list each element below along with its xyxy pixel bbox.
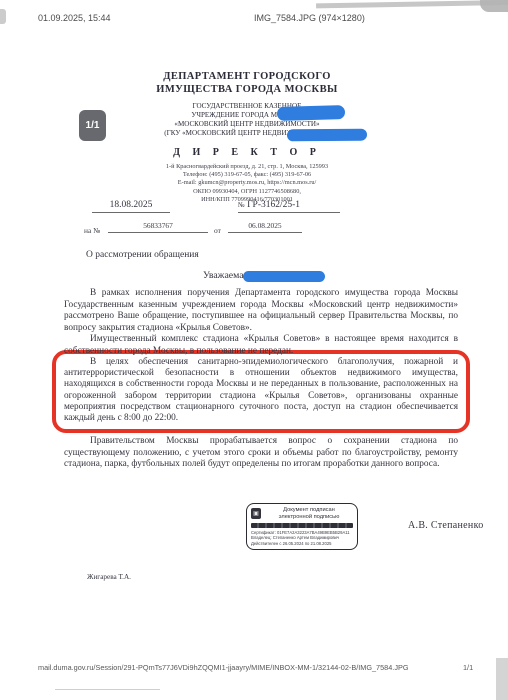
institution-line: УЧРЕЖДЕНИЕ ГОРОДА МОСКВЫ <box>97 111 397 120</box>
image-counter-badge: 1/1 <box>79 110 106 141</box>
letter-body: В рамках исполнения поручения Департамен… <box>64 288 458 471</box>
redaction-mark <box>277 105 345 121</box>
reply-ref-number: 56833767 <box>108 221 208 233</box>
viewer-page-indicator: 1/1 <box>463 663 473 672</box>
highlighted-paragraph: В целях обеспечения санитарно-эпидемиоло… <box>64 357 458 424</box>
department-name-line: ДЕПАРТАМЕНТ ГОРОДСКОГО <box>97 70 397 83</box>
scan-artifact-line <box>55 689 160 690</box>
contact-line-email: E-mail: gkumcn@property.mos.ru, https://… <box>97 179 397 187</box>
digital-signature-stamp: ▣ Документ подписан электронной подписью… <box>246 503 358 550</box>
number-sign: № <box>238 201 245 209</box>
executor-name: Жигарева Т.А. <box>87 573 131 581</box>
reply-from-label: от <box>214 226 221 235</box>
letter-number: № ГР-3162/25-1 <box>238 200 340 213</box>
viewer-filename: IMG_7584.JPG (974×1280) <box>254 13 365 23</box>
institution-line: «МОСКОВСКИЙ ЦЕНТР НЕДВИЖИМОСТИ» <box>97 120 397 129</box>
scan-artifact-top-right-corner <box>480 0 508 12</box>
paragraph: В рамках исполнения поручения Департамен… <box>64 288 458 334</box>
contact-line-phone: Телефон: (495) 319-67-05, факс: (495) 31… <box>97 171 397 179</box>
greeting-line: Уважаемая <box>203 270 248 281</box>
signer-name: А.В. Степаненко <box>408 520 484 531</box>
stamp-owner-line: Владелец: Степаненко Артем Владимирович <box>251 535 353 541</box>
reply-ref-label: на № <box>84 226 100 235</box>
scan-artifact-left-edge <box>0 9 6 24</box>
letter-date: 18.08.2025 <box>92 200 170 213</box>
director-heading: Д И Р Е К Т О Р <box>97 147 397 158</box>
stamp-redacted-bar <box>251 523 353 528</box>
paragraph: Правительством Москвы прорабатывается во… <box>64 436 458 471</box>
viewer-source-url: mail.duma.gov.ru/Session/291-PQmTs77J6VD… <box>38 663 409 672</box>
subject-line: О рассмотрении обращения <box>86 250 199 260</box>
reply-ref-date: 06.08.2025 <box>228 221 302 233</box>
department-name-line: ИМУЩЕСТВА ГОРОДА МОСКВЫ <box>97 83 397 96</box>
stamp-title-line: Документ подписан <box>265 507 353 514</box>
contact-line-address: 1-й Красногвардейский проезд, д. 21, стр… <box>97 163 397 171</box>
scan-artifact-bottom-right <box>496 658 508 700</box>
redaction-mark <box>287 129 367 142</box>
stamp-title-line: электронной подписью <box>265 514 353 521</box>
coat-of-arms-icon: ▣ <box>251 508 261 519</box>
greeting-name-redaction <box>243 271 325 282</box>
contact-line-okpo: ОКПО 09930404, ОГРН 1127746508680, <box>97 188 397 196</box>
stamp-validity-line: Действителен с 26.05.2024 по 21.08.2025 <box>251 541 353 547</box>
red-annotation-box: В целях обеспечения санитарно-эпидемиоло… <box>52 350 470 433</box>
print-preview-page: 01.09.2025, 15:44 IMG_7584.JPG (974×1280… <box>0 0 508 700</box>
institution-line: ГОСУДАРСТВЕННОЕ КАЗЕННОЕ <box>97 102 397 111</box>
viewer-datetime: 01.09.2025, 15:44 <box>38 13 111 23</box>
